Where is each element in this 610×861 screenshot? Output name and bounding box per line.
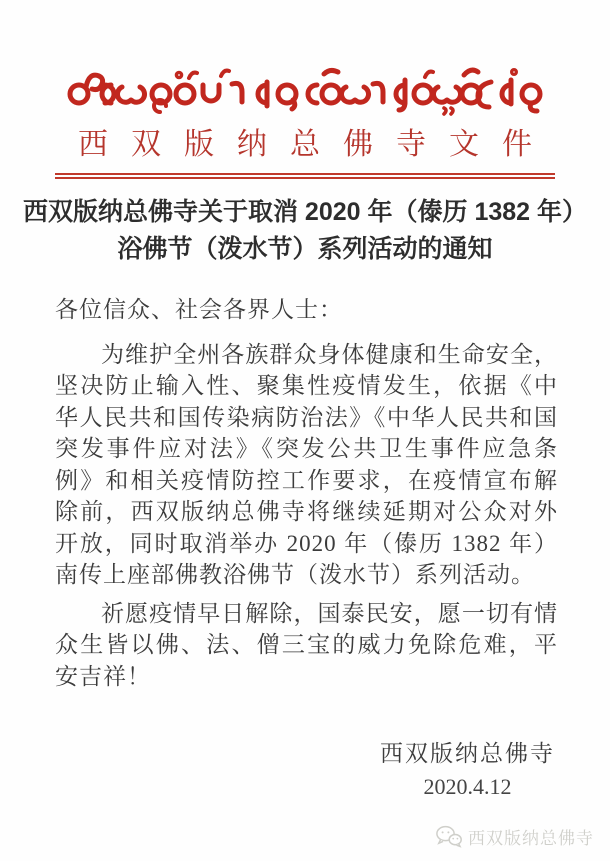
notice-document: 西双版纳总佛寺文件 西双版纳总佛寺关于取消 2020 年（傣历 1382 年） … [0, 0, 610, 861]
document-body: 各位信众、社会各界人士： 为维护全州各族群众身体健康和生命安全，坚决防止输入性、… [55, 294, 558, 692]
watermark-account-name: 西双版纳总佛寺 [468, 824, 594, 849]
signature-name: 西双版纳总佛寺 [380, 738, 555, 769]
signature-block: 西双版纳总佛寺 2020.4.12 [380, 738, 555, 802]
document-title-line1: 西双版纳总佛寺关于取消 2020 年（傣历 1382 年） [0, 194, 610, 231]
letterhead-org-title: 西双版纳总佛寺文件 [0, 126, 610, 164]
document-title: 西双版纳总佛寺关于取消 2020 年（傣历 1382 年） 浴佛节（泼水节）系列… [0, 194, 610, 268]
wechat-logo-icon [435, 825, 463, 848]
body-paragraph: 为维护全州各族群众身体健康和生命安全，坚决防止输入性、聚集性疫情发生，依据《中华… [55, 339, 558, 591]
wechat-watermark: 西双版纳总佛寺 [435, 824, 594, 849]
letterhead-divider [55, 173, 555, 179]
dai-script-title [65, 60, 545, 118]
document-title-line2: 浴佛节（泼水节）系列活动的通知 [0, 231, 610, 268]
salutation: 各位信众、社会各界人士： [55, 294, 558, 326]
signature-date: 2020.4.12 [380, 772, 555, 802]
body-paragraph: 祈愿疫情早日解除，国泰民安，愿一切有情众生皆以佛、法、僧三宝的威力免除危难，平安… [55, 598, 558, 693]
